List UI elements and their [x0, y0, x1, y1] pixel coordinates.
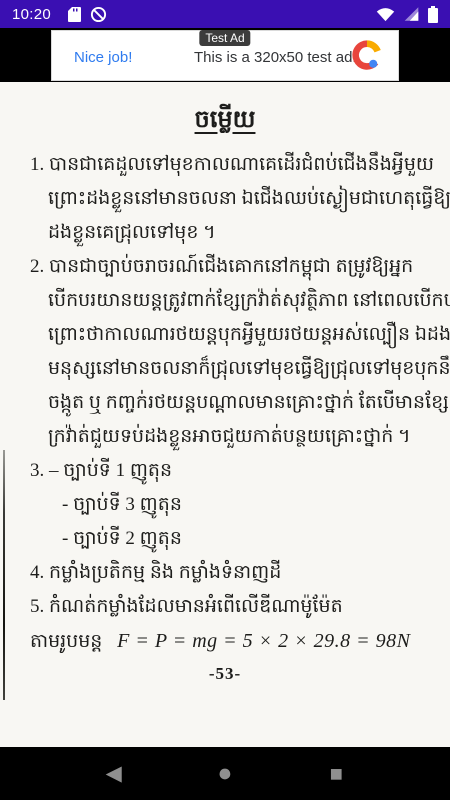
answer-line: ចង្កូត ឬ កញ្ចក់រថយន្តបណ្ដាលមានគ្រោះថ្នាក… [0, 386, 450, 420]
ad-body-text: This is a 320x50 test ad. [194, 48, 357, 65]
ad-headline-link[interactable]: Nice job! [74, 48, 132, 65]
answer-line: ព្រោះដងខ្លួននៅមានចលនា ឯជើងឈប់ស្ងៀមជាហេតុ… [0, 182, 450, 216]
answer-line: - ច្បាប់ទី 2 ញូតុន [0, 522, 450, 556]
formula-math-text: F = P = mg = 5 × 2 × 29.8 = 98N [117, 630, 410, 652]
answer-line: 2. បានជាច្បាប់ចរាចរណ៍ជើងគោកនៅកម្ពុជា តម្… [0, 250, 450, 284]
home-icon: ● [217, 759, 232, 788]
ad-banner[interactable]: Test Ad Nice job! This is a 320x50 test … [51, 30, 399, 81]
page-title: ចម្លើយ [0, 104, 450, 140]
answer-line: ដងខ្លួនគេជ្រុលទៅមុខ ។ [0, 216, 450, 250]
ad-attribution-badge: Test Ad [199, 30, 250, 46]
status-time: 10:20 [12, 6, 51, 23]
answer-line: 4. កម្លាំងប្រតិកម្ម និង កម្លាំងទំនាញដី [0, 556, 450, 590]
ad-strip: Test Ad Nice job! This is a 320x50 test … [0, 28, 450, 82]
back-button[interactable]: ◀ [84, 747, 144, 800]
home-button[interactable]: ● [195, 747, 255, 800]
answer-line: ក្រវ៉ាត់ជួយទប់ដងខ្លួនអាចជួយកាត់បន្ថយគ្រោ… [0, 420, 450, 454]
document-page[interactable]: ចម្លើយ 1. បានជាគេដួលទៅមុខកាលណាគេដើរជំពប់… [0, 82, 450, 747]
recents-button[interactable]: ■ [306, 747, 366, 800]
wifi-icon [376, 6, 395, 22]
answer-line: - ច្បាប់ទី 3 ញូតុន [0, 488, 450, 522]
back-icon: ◀ [106, 761, 122, 786]
answer-line: មនុស្សនៅមានចលនាក៏ជ្រុលទៅមុខធ្វើឱ្យជ្រុលទ… [0, 352, 450, 386]
data-saver-icon [90, 6, 107, 23]
answer-line: 3. – ច្បាប់ទី 1 ញូតុន [0, 454, 450, 488]
admob-icon[interactable] [350, 38, 384, 77]
answer-line: 5. កំណត់កម្លាំងដែលមានអំពើលើឌីណាម៉ូម៉ែត [0, 590, 450, 624]
recents-icon: ■ [330, 761, 343, 787]
scan-edge-line [3, 450, 5, 700]
answer-line: 1. បានជាគេដួលទៅមុខកាលណាគេដើរជំពប់ជើងនឹងអ… [0, 148, 450, 182]
page-number: -53- [0, 664, 450, 684]
answer-list: 1. បានជាគេដួលទៅមុខកាលណាគេដើរជំពប់ជើងនឹងអ… [0, 148, 450, 658]
formula-line: តាមរូបមន្ត F = P = mg = 5 × 2 × 29.8 = 9… [0, 624, 450, 658]
answer-line: ព្រោះថាកាលណារថយន្តបុកអ្វីមួយរថយន្តអស់ល្ប… [0, 318, 450, 352]
battery-icon [428, 6, 438, 23]
status-bar: 10:20 [0, 0, 450, 28]
navigation-bar: ◀ ● ■ [0, 747, 450, 800]
cell-signal-icon [403, 6, 420, 22]
formula-lead-text: តាមរូបមន្ត [30, 631, 102, 652]
sd-card-icon [67, 6, 82, 23]
android-screen: 10:20 [0, 0, 450, 800]
answer-line: បើកបរយានយន្តត្រូវពាក់ខ្សែក្រវ៉ាត់សុវត្ថិ… [0, 284, 450, 318]
